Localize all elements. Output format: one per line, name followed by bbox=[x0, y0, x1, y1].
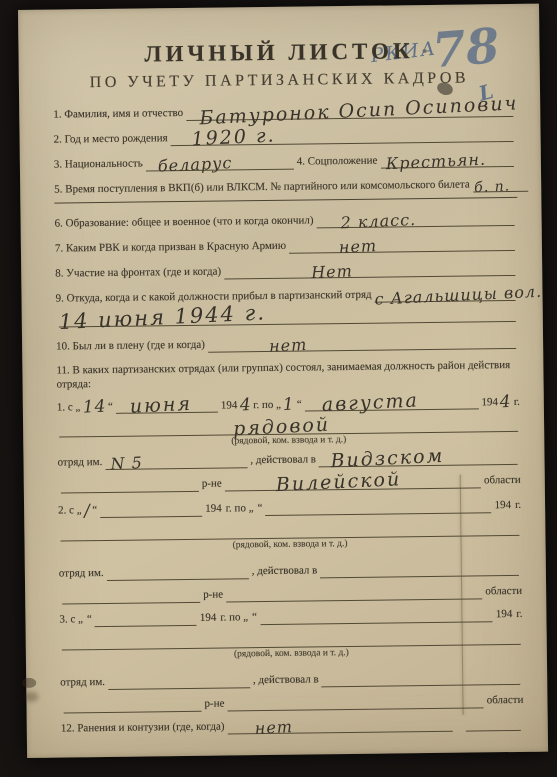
fill-line bbox=[320, 562, 519, 578]
service-region-row: р-не Вилейской области bbox=[58, 473, 521, 494]
handwritten-rvk: нет bbox=[338, 238, 377, 256]
handwritten-from-day: / bbox=[83, 503, 91, 520]
quote-mark: “ bbox=[257, 502, 262, 516]
handwritten-district: Видзском bbox=[330, 447, 445, 471]
handwritten-region: Вилейской bbox=[276, 470, 402, 495]
page-subtitle: ПО УЧЕТУ ПАРТИЗАНСКИХ КАДРОВ bbox=[63, 68, 496, 93]
fill-line: с Агальшицы вол. bbox=[374, 287, 515, 303]
handwritten-fullname: Батуронок Осип Осипович bbox=[199, 94, 519, 128]
quote-mark: “ bbox=[252, 611, 257, 625]
field-nationality-social: 3. Национальность беларус 4. Соцположени… bbox=[54, 152, 517, 173]
fill-line bbox=[322, 671, 521, 687]
year-prefix: 194 bbox=[481, 396, 498, 410]
year-prefix: 194 bbox=[494, 499, 511, 513]
field-service-header: 11. В каких партизанских отрядах (или гр… bbox=[56, 359, 519, 392]
fill-line: 1920 г. bbox=[171, 128, 514, 146]
service-unit-row: отряд им. , действовал в bbox=[60, 670, 523, 691]
handwritten-captivity: нет bbox=[269, 337, 308, 355]
year-prefix: 194 bbox=[205, 503, 222, 517]
region-label: области bbox=[487, 694, 524, 708]
handwritten-from-year: 4 bbox=[239, 397, 252, 415]
handwritten-unit: N 5 bbox=[111, 455, 144, 473]
handwritten-fronts: Нет bbox=[311, 263, 353, 281]
from-label: 1. с „ bbox=[57, 401, 81, 415]
district-label: р-не bbox=[202, 478, 222, 492]
field-label: 1. Фамилия, имя и отчество bbox=[53, 107, 183, 122]
form-content: ЛИЧНЫЙ ЛИСТОК ПО УЧЕТУ ПАРТИЗАНСКИХ КАДР… bbox=[18, 4, 548, 758]
field-wounds: 12. Ранения и контузии (где, когда) нет bbox=[61, 716, 524, 737]
fill-line bbox=[227, 694, 483, 711]
unit-label: отряд им. bbox=[59, 567, 104, 581]
service-entry-1: 1. с „ 14 “ июня 194 4 г. по „ 1 “ авгус… bbox=[57, 392, 521, 494]
acted-label: , действовал в bbox=[252, 565, 318, 580]
handwritten-education: 2 класс. bbox=[340, 212, 416, 232]
field-arrival-date: 14 июня 1944 г. bbox=[56, 307, 519, 328]
service-unit-row: отряд им. N 5 , действовал в Видзском bbox=[57, 450, 520, 471]
fill-line: 2 класс. bbox=[316, 212, 514, 228]
year-prefix: 194 bbox=[496, 608, 513, 622]
field-fullname: 1. Фамилия, имя и отчество Батуронок Оси… bbox=[53, 102, 516, 123]
field-rvk: 7. Каким РВК и когда призван в Красную А… bbox=[55, 236, 518, 257]
from-label: 2. с „ bbox=[58, 505, 82, 519]
mid-label: г. по „ bbox=[226, 503, 254, 517]
handwritten-to-year: 4 bbox=[500, 394, 513, 412]
fill-line: июня bbox=[116, 399, 218, 414]
service-entry-3: 3. с „ “ 194 г. по „ “ 194 bbox=[59, 607, 523, 714]
field-fronts: 8. Участие на фронтах (где и когда) Нет bbox=[55, 261, 518, 282]
fill-line bbox=[466, 717, 521, 732]
service-unit-row: отряд им. , действовал в bbox=[59, 561, 522, 582]
service-region-row: р-не области bbox=[59, 584, 522, 605]
year-prefix: 194 bbox=[200, 612, 217, 626]
handwritten-position: рядовой bbox=[233, 416, 331, 440]
handwritten-to-day: 1 bbox=[283, 397, 296, 415]
ruled-line bbox=[54, 197, 517, 204]
fill-line: Вилейской bbox=[225, 475, 481, 492]
quote-mark: “ bbox=[108, 400, 113, 414]
mid-label: г. по „ bbox=[220, 611, 248, 625]
fill-line bbox=[62, 589, 200, 605]
fill-line bbox=[108, 674, 250, 690]
fill-line: Видзском bbox=[319, 451, 518, 467]
page-title: ЛИЧНЫЙ ЛИСТОК bbox=[82, 36, 475, 70]
fill-line bbox=[95, 612, 197, 627]
fill-line bbox=[107, 565, 249, 581]
quote-mark: “ bbox=[87, 613, 92, 627]
year-prefix: 194 bbox=[221, 399, 238, 413]
acted-label: , действовал в bbox=[250, 454, 316, 469]
fill-line: Батуронок Осип Осипович bbox=[186, 103, 513, 121]
mid-label: г. по „ bbox=[253, 398, 281, 412]
scanned-document-paper: РКИА 78 L ЛИЧНЫЙ ЛИСТОК ПО УЧЕТУ ПАРТИЗА… bbox=[18, 4, 548, 758]
handwritten-from-month: июня bbox=[130, 395, 193, 417]
fill-line: Нет bbox=[224, 262, 515, 280]
fill-line bbox=[100, 503, 202, 518]
fill-line: Крестьян. bbox=[380, 153, 514, 169]
field-label: 8. Участие на фронтах (где и когда) bbox=[55, 266, 221, 282]
district-label: р-не bbox=[204, 698, 224, 712]
fill-line bbox=[63, 698, 201, 714]
handwritten-to-month: августа bbox=[322, 392, 420, 416]
from-label: 3. с „ bbox=[59, 614, 83, 628]
handwritten-arrival-date: 14 июня 1944 г. bbox=[58, 302, 266, 333]
district-label: р-не bbox=[203, 589, 223, 603]
fill-line: б. п. bbox=[473, 178, 528, 193]
field-label: 7. Каким РВК и когда призван в Красную А… bbox=[55, 240, 286, 257]
service-entries: 1. с „ 14 “ июня 194 4 г. по „ 1 “ авгус… bbox=[57, 392, 524, 713]
field-label: 10. Был ли в плену (где и когда) bbox=[56, 339, 205, 355]
field-party: 5. Время поступления в ВКП(б) или ВЛКСМ.… bbox=[54, 177, 517, 198]
acted-label: , действовал в bbox=[253, 674, 319, 689]
year-suffix: г. bbox=[516, 608, 522, 622]
fill-line: нет bbox=[227, 718, 452, 735]
fill-line: 14 июня 1944 г. bbox=[59, 308, 516, 328]
field-arrival: 9. Откуда, когда и с какой должности при… bbox=[55, 286, 518, 307]
field-education: 6. Образование: общее и военное (что и к… bbox=[55, 211, 518, 232]
fill-line bbox=[260, 608, 493, 625]
handwritten-birth: 1920 г. bbox=[191, 126, 276, 149]
fill-line: N 5 bbox=[105, 454, 247, 470]
handwritten-social: Крестьян. bbox=[385, 151, 486, 172]
quote-mark: “ bbox=[92, 504, 97, 518]
year-suffix: г. bbox=[514, 395, 520, 409]
quote-mark: “ bbox=[297, 398, 302, 412]
field-label: 2. Год и место рождения bbox=[54, 132, 168, 147]
service-entry-2: 2. с „ / “ 194 г. по „ “ 194 bbox=[58, 496, 522, 605]
year-suffix: г. bbox=[515, 499, 521, 513]
unit-label: отряд им. bbox=[57, 456, 102, 470]
fill-line: нет bbox=[289, 237, 515, 254]
service-entry-dates: 3. с „ “ 194 г. по „ “ 194 bbox=[59, 607, 522, 628]
unit-label: отряд им. bbox=[60, 676, 105, 690]
fill-line: беларус bbox=[146, 155, 294, 171]
handwritten-nationality: беларус bbox=[157, 155, 232, 174]
fill-line bbox=[265, 499, 491, 516]
field-label: 6. Образование: общее и военное (что и к… bbox=[55, 214, 314, 231]
fill-line bbox=[226, 585, 482, 602]
region-label: области bbox=[485, 585, 522, 599]
fill-line: августа bbox=[305, 396, 479, 412]
field-captivity: 10. Был ли в плену (где и когда) нет bbox=[56, 334, 519, 355]
field-label: 4. Соцположение bbox=[297, 155, 378, 170]
handwritten-party: б. п. bbox=[474, 179, 511, 195]
handwritten-wounds: нет bbox=[254, 719, 293, 737]
service-entry-dates: 1. с „ 14 “ июня 194 4 г. по „ 1 “ авгус… bbox=[57, 392, 520, 415]
region-label: области bbox=[484, 474, 521, 488]
field-label: 3. Национальность bbox=[54, 157, 143, 172]
handwritten-arrival-from: с Агальшицы вол. bbox=[374, 283, 542, 307]
field-label: 12. Ранения и контузии (где, когда) bbox=[61, 721, 225, 737]
field-label: 5. Время поступления в ВКП(б) или ВЛКСМ.… bbox=[54, 178, 470, 197]
fill-line: нет bbox=[208, 335, 516, 353]
service-entry-dates: 2. с „ / “ 194 г. по „ “ 194 bbox=[58, 496, 521, 519]
service-region-row: р-не области bbox=[60, 693, 523, 714]
handwritten-from-day: 14 bbox=[82, 399, 106, 417]
field-birth: 2. Год и место рождения 1920 г. bbox=[53, 127, 516, 148]
fill-line bbox=[61, 478, 199, 494]
